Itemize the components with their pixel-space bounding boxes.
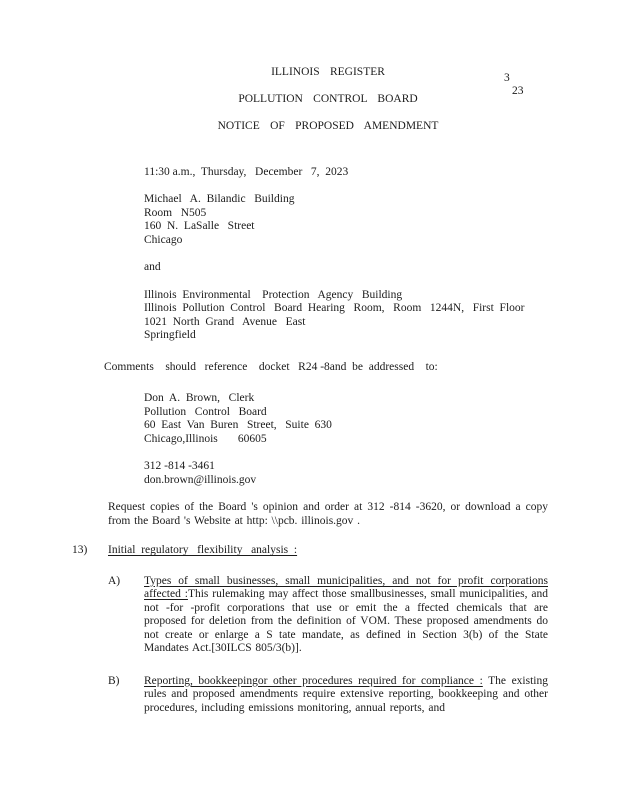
address-line: 1021 North Grand Avenue East [144,316,548,330]
address-line: Room N505 [144,207,548,221]
address-line: 60 East Van Buren Street, Suite 630 [144,419,548,433]
address-line: Michael A. Bilandic Building [144,193,548,207]
sub-item-a-text: Types of small businesses, small municip… [144,575,548,656]
address-line: Chicago [144,234,548,248]
item-13-heading: Initial regulatory flexibility analysis … [108,544,297,556]
request-paragraph: Request copies of the Board 's opinion a… [108,501,548,528]
hearing-location-2: Illinois Environmental Protection Agency… [144,289,548,343]
register-title: ILLINOIS REGISTER [108,66,548,80]
notice-title: NOTICE OF PROPOSED AMENDMENT [108,120,548,134]
sub-item-a-body: This rulemaking may affect those smallbu… [144,588,548,654]
address-line: Don A. Brown, Clerk [144,392,548,406]
contact-address: Don A. Brown, Clerk Pollution Control Bo… [144,392,548,446]
sub-item-a-letter: A) [108,575,144,656]
address-line: Chicago,Illinois 60605 [144,433,548,447]
address-line: Pollution Control Board [144,406,548,420]
contact-phone: 312 -814 -3461 [144,460,548,474]
address-line: Illinois Pollution Control Board Hearing… [144,302,548,316]
document-page: 3 23 ILLINOIS REGISTER POLLUTION CONTROL… [0,0,618,800]
address-line: Springfield [144,329,548,343]
sub-item-b-heading: Reporting, bookkeepingor other procedure… [144,675,483,687]
sub-item-b-letter: B) [108,675,144,716]
sub-item-b-text: Reporting, bookkeepingor other procedure… [144,675,548,716]
item-13: 13) Initial regulatory flexibility analy… [108,544,548,558]
address-line: Illinois Environmental Protection Agency… [144,289,548,303]
hearing-location-1: Michael A. Bilandic Building Room N505 1… [144,193,548,247]
board-title: POLLUTION CONTROL BOARD [108,93,548,107]
hearing-datetime: 11:30 a.m., Thursday, December 7, 2023 [144,166,548,180]
item-13-number: 13) [72,544,87,558]
sub-item-a: A) Types of small businesses, small muni… [108,575,548,656]
comments-intro: Comments should reference docket R24 -8a… [104,361,548,375]
sub-item-b: B) Reporting, bookkeepingor other proced… [108,675,548,716]
hearing-connector: and [144,261,548,275]
contact-email: don.brown@illinois.gov [144,474,548,488]
contact-phone-email: 312 -814 -3461 don.brown@illinois.gov [144,460,548,487]
document-content: ILLINOIS REGISTER POLLUTION CONTROL BOAR… [108,66,548,715]
address-line: 160 N. LaSalle Street [144,220,548,234]
